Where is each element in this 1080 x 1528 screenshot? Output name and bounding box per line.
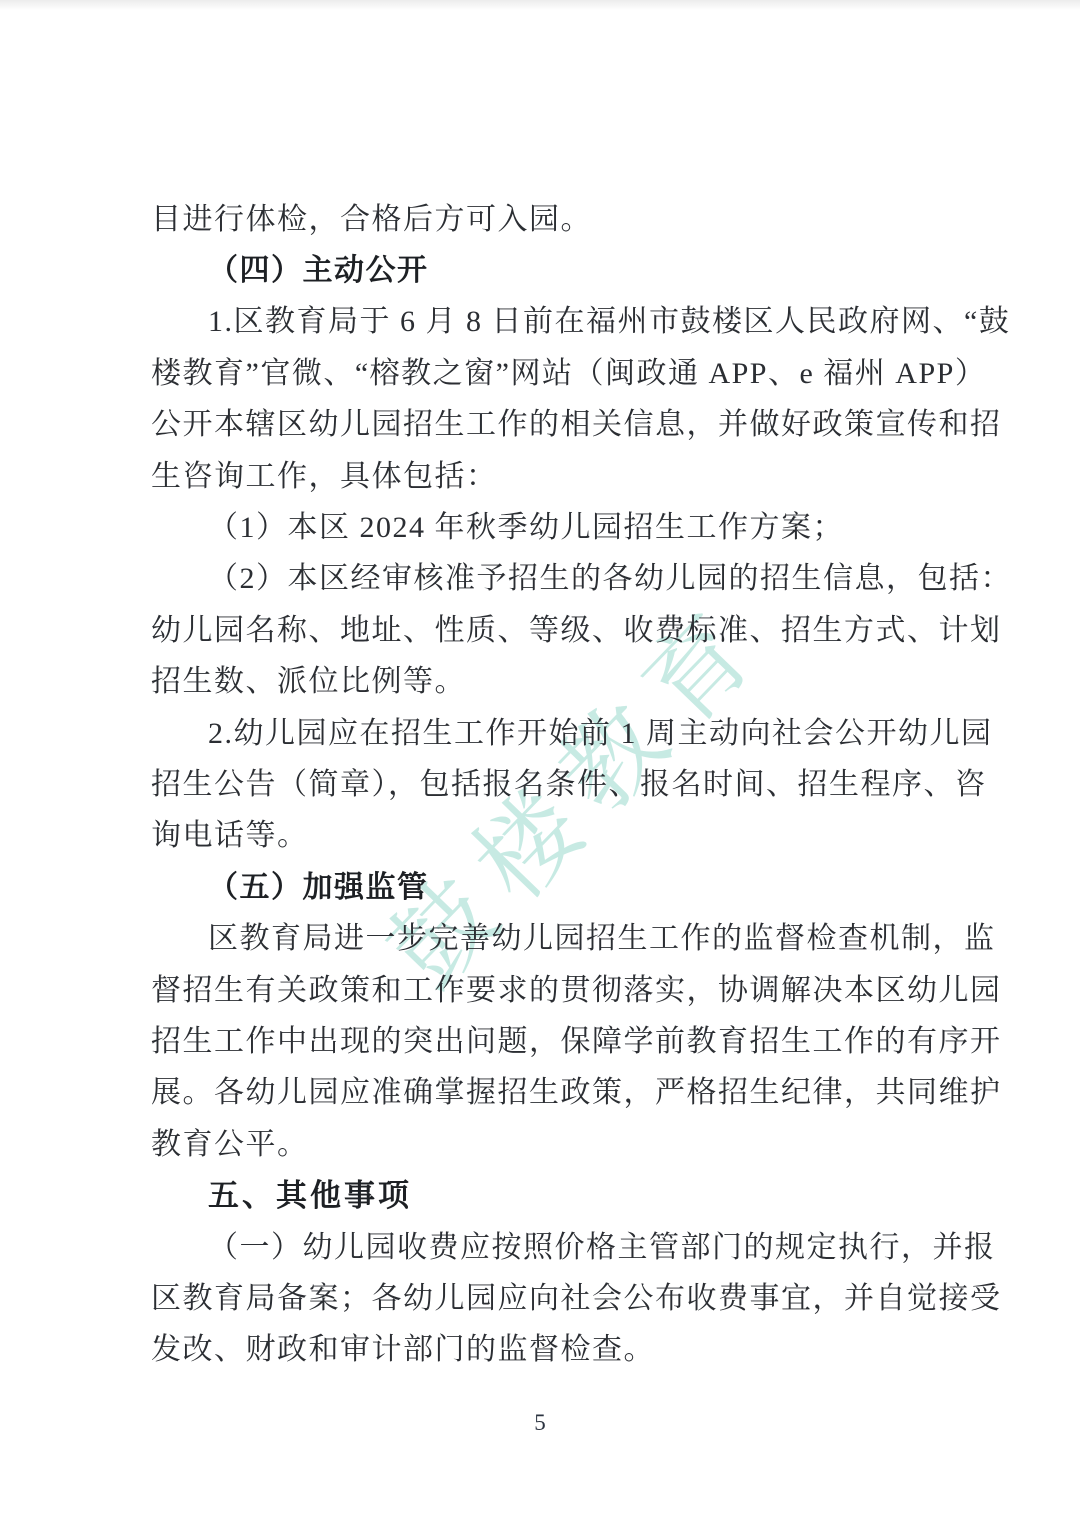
text-line: 招生工作中出现的突出问题，保障学前教育招生工作的有序开: [151, 1012, 941, 1063]
text-line: （2）本区经审核准予招生的各幼儿园的招生信息，包括：: [151, 550, 941, 601]
text-line: （一）幼儿园收费应按照价格主管部门的规定执行，并报: [151, 1218, 941, 1269]
page-number: 5: [0, 1410, 1080, 1436]
text-line: 发改、财政和审计部门的监督检查。: [151, 1321, 941, 1372]
section-heading: （五）加强监管: [151, 858, 941, 909]
text-line: 生咨询工作，具体包括：: [151, 447, 941, 498]
text-line: 招生数、派位比例等。: [151, 653, 941, 704]
text-line: 目进行体检，合格后方可入园。: [151, 190, 941, 241]
chapter-heading: 五、其他事项: [151, 1166, 941, 1217]
text-line: 幼儿园名称、地址、性质、等级、收费标准、招生方式、计划: [151, 601, 941, 652]
text-line: 教育公平。: [151, 1115, 941, 1166]
text-line: 展。各幼儿园应准确掌握招生政策，严格招生纪律，共同维护: [151, 1064, 941, 1115]
text-line: 区教育局备案；各幼儿园应向社会公布收费事宜，并自觉接受: [151, 1269, 941, 1320]
text-line: 询电话等。: [151, 807, 941, 858]
section-heading: （四）主动公开: [151, 241, 941, 292]
document-page: 鼓楼教育 目进行体检，合格后方可入园。 （四）主动公开 1.区教育局于 6 月 …: [0, 0, 1080, 1528]
scan-edge-shadow: [0, 0, 1080, 10]
text-line: 区教育局进一步完善幼儿园招生工作的监督检查机制，监: [151, 909, 941, 960]
text-line: 1.区教育局于 6 月 8 日前在福州市鼓楼区人民政府网、“鼓: [151, 293, 941, 344]
text-line: 公开本辖区幼儿园招生工作的相关信息，并做好政策宣传和招: [151, 396, 941, 447]
text-line: 招生公告（简章），包括报名条件、报名时间、招生程序、咨: [151, 755, 941, 806]
document-body: 目进行体检，合格后方可入园。 （四）主动公开 1.区教育局于 6 月 8 日前在…: [151, 190, 941, 1372]
text-line: 督招生有关政策和工作要求的贯彻落实，协调解决本区幼儿园: [151, 961, 941, 1012]
text-line: 2.幼儿园应在招生工作开始前 1 周主动向社会公开幼儿园: [151, 704, 941, 755]
text-line: （1）本区 2024 年秋季幼儿园招生工作方案；: [151, 498, 941, 549]
text-line: 楼教育”官微、“榕教之窗”网站（闽政通 APP、e 福州 APP）: [151, 344, 941, 395]
